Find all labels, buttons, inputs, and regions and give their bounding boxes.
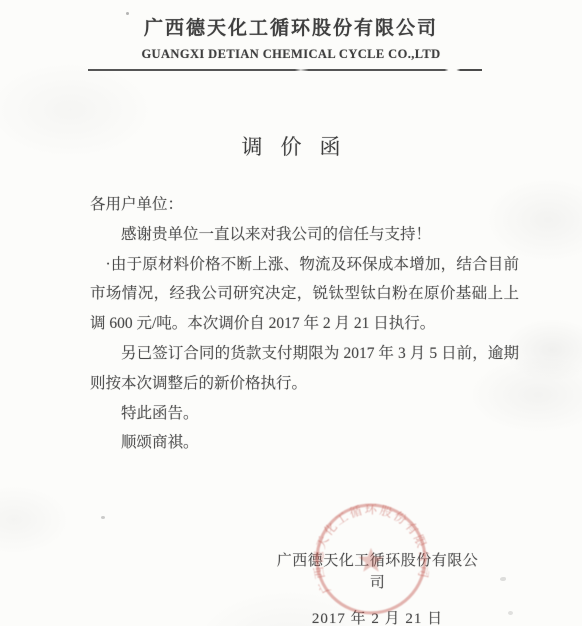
scan-speck (500, 577, 506, 581)
company-name-en: GUANGXI DETIAN CHEMICAL CYCLE CO.,LTD (0, 45, 582, 63)
scan-speck (101, 516, 105, 519)
signature-date: 2017 年 2 月 21 日 (270, 608, 485, 626)
scan-speck (126, 12, 129, 15)
letter-body: 各用户单位： 感谢贵单位一直以来对我公司的信任与支持！ ·由于原材料价格不断上涨… (90, 190, 519, 458)
paragraph-closing: 特此函告。 (90, 399, 519, 429)
signature-company: 广西德天化工循环股份有限公司 (270, 550, 485, 594)
paragraph-thanks: 感谢贵单位一直以来对我公司的信任与支持！ (90, 220, 519, 250)
letterhead-divider (88, 69, 482, 71)
letter-title: 调价函 (0, 131, 582, 161)
paragraph-regards: 顺颂商祺。 (90, 428, 519, 458)
signature-block: 广西德天化工循环股份有限公司 2017 年 2 月 21 日 (270, 550, 485, 626)
scanned-letter-page: 广西德天化工循环股份有限公司 GUANGXI DETIAN CHEMICAL C… (0, 0, 582, 626)
paragraph-price-notice: ·由于原材料价格不断上涨、物流及环保成本增加，结合目前市场情况，经我公司研究决定… (90, 250, 519, 339)
scan-speck (508, 611, 513, 615)
paragraph-payment-terms: 另已签订合同的货款支付期限为 2017 年 3 月 5 日前，逾期则按本次调整后… (90, 339, 519, 399)
company-name-cn: 广西德天化工循环股份有限公司 (0, 16, 582, 42)
letterhead: 广西德天化工循环股份有限公司 GUANGXI DETIAN CHEMICAL C… (0, 16, 582, 63)
salutation: 各用户单位： (90, 190, 519, 220)
